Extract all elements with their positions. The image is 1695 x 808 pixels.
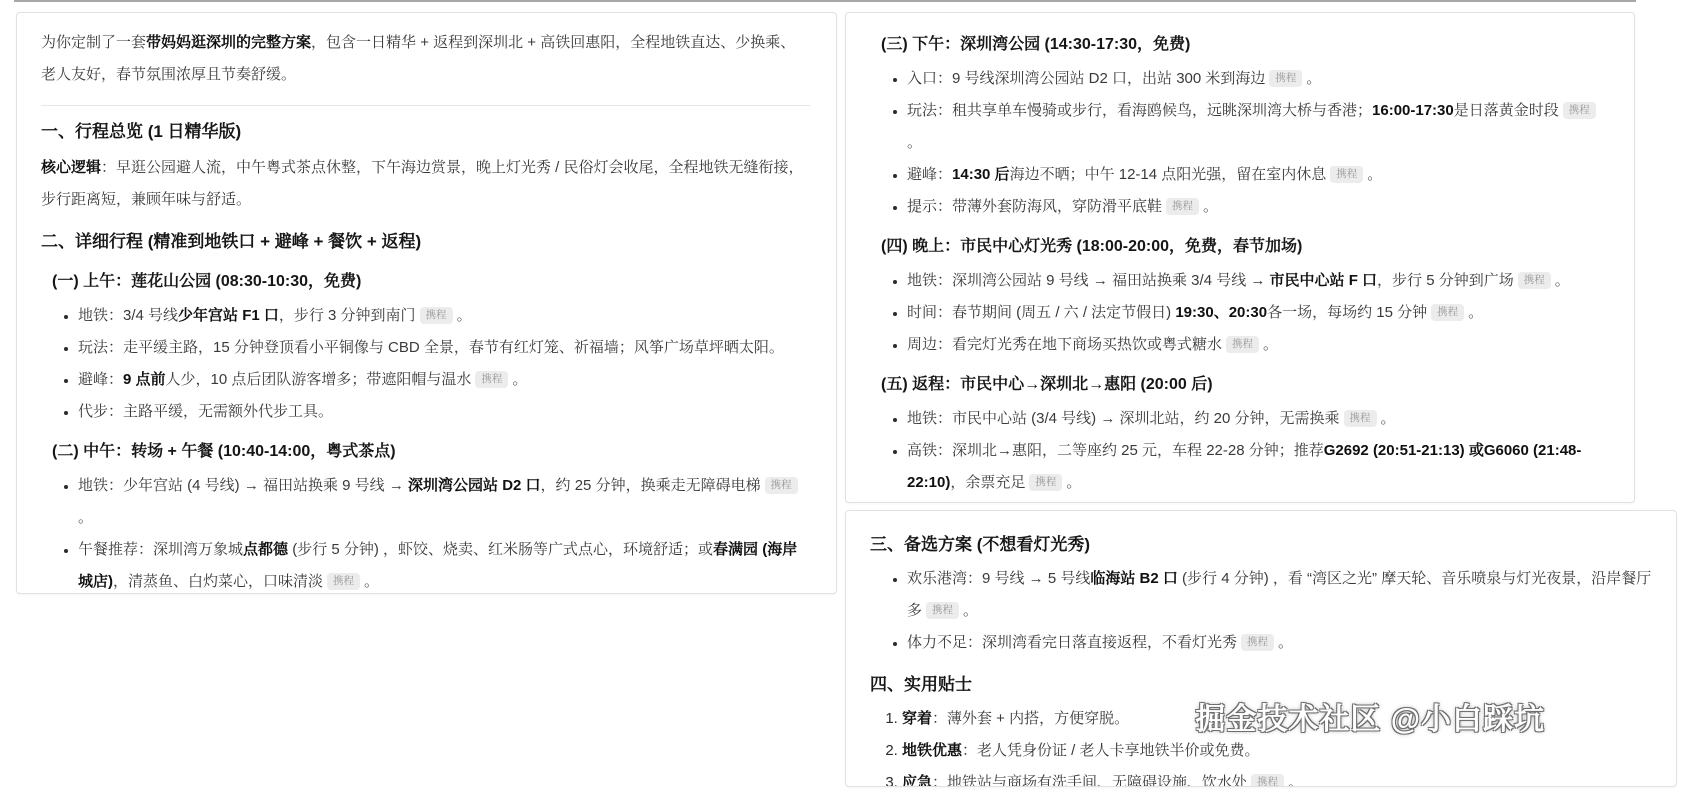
ctrip-source-badge[interactable]: 携程 xyxy=(1166,198,1199,215)
numbered-list: 穿着：薄外套 + 内搭，方便穿脱。地铁优惠：老人凭身份证 / 老人卡享地铁半价或… xyxy=(870,703,1652,787)
text-run: 为你定制了一套 xyxy=(41,34,146,51)
list-item: 地铁：深圳湾公园站 9 号线 → 福田站换乘 3/4 号线 → 市民中心站 F … xyxy=(907,265,1610,297)
text-run: ：早逛公园避人流，中午粤式茶点休整，下午海边赏景，晚上灯光秀 / 民俗灯会收尾，… xyxy=(41,159,804,208)
text-run: 。 xyxy=(1278,634,1293,651)
emphasis-text: 穿着 xyxy=(902,710,932,727)
ctrip-source-badge[interactable]: 携程 xyxy=(1269,70,1302,87)
text-run: (一) 上午：莲花山公园 (08:30-10:30，免费) xyxy=(52,273,361,290)
ctrip-source-badge[interactable]: 携程 xyxy=(1029,474,1062,491)
text-run: 地铁：深圳湾公园站 9 号线 → 福田站换乘 3/4 号线 → xyxy=(907,272,1270,289)
text-run: 地铁：少年宫站 (4 号线) → 福田站换乘 9 号线 → xyxy=(78,477,408,494)
subsection-heading: (五) 返程：市民中心→深圳北→惠阳 (20:00 后) xyxy=(870,369,1610,401)
bullet-list: 地铁：少年宫站 (4 号线) → 福田站换乘 9 号线 → 深圳湾公园站 D2 … xyxy=(41,470,810,594)
itinerary-card-alternatives-tips: 三、备选方案 (不想看灯光秀)欢乐港湾：9 号线 → 5 号线临海站 B2 口 … xyxy=(845,510,1677,787)
text-run: 是日落黄金时段 xyxy=(1454,102,1559,119)
text-run: 各一场，每场约 15 分钟 xyxy=(1267,304,1427,321)
ctrip-source-badge[interactable]: 携程 xyxy=(1226,336,1259,353)
ctrip-source-badge[interactable]: 携程 xyxy=(1431,304,1464,321)
list-item: 欢乐港湾：9 号线 → 5 号线临海站 B2 口 (步行 4 分钟) ，看 “湾… xyxy=(907,563,1652,627)
ctrip-source-badge[interactable]: 携程 xyxy=(1241,634,1274,651)
list-item: 避峰：14:30 后海边不晒；中午 12-14 点阳光强，留在室内休息携程。 xyxy=(907,159,1610,191)
text-run: 欢乐港湾：9 号线 → 5 号线 xyxy=(907,570,1090,587)
emphasis-text: 市民中心站 F 口 xyxy=(1270,272,1378,289)
bullet-list: 欢乐港湾：9 号线 → 5 号线临海站 B2 口 (步行 4 分钟) ，看 “湾… xyxy=(870,563,1652,659)
text-run: 一、行程总览 (1 日精华版) xyxy=(41,122,241,141)
section-heading: 三、备选方案 (不想看灯光秀) xyxy=(870,529,1652,561)
list-item: 应急：地铁站与商场有洗手间、无障碍设施、饮水处携程。 xyxy=(902,767,1652,787)
text-run: (步行 5 分钟) ，虾饺、烧卖、红米肠等广式点心，环境舒适；或 xyxy=(288,541,713,558)
text-run: ：地铁站与商场有洗手间、无障碍设施、饮水处 xyxy=(932,774,1247,787)
list-item: 入口：9 号线深圳湾公园站 D2 口，出站 300 米到海边携程。 xyxy=(907,63,1610,95)
text-run: 。 xyxy=(1306,70,1321,87)
list-item: 地铁：市民中心站 (3/4 号线) → 深圳北站，约 20 分钟，无需换乘携程。 xyxy=(907,403,1610,435)
ctrip-source-badge[interactable]: 携程 xyxy=(1344,410,1377,427)
paragraph: 核心逻辑：早逛公园避人流，中午粤式茶点休整，下午海边赏景，晚上灯光秀 / 民俗灯… xyxy=(41,152,810,216)
text-run: 四、实用贴士 xyxy=(870,675,972,694)
ctrip-source-badge[interactable]: 携程 xyxy=(1518,272,1551,289)
emphasis-text: 16:00-17:30 xyxy=(1372,102,1454,119)
list-item: 代步：主路平缓，无需额外代步工具。 xyxy=(78,396,810,428)
ctrip-source-badge[interactable]: 携程 xyxy=(1330,166,1363,183)
text-run: 。 xyxy=(512,371,527,388)
ctrip-source-badge[interactable]: 携程 xyxy=(475,371,508,388)
section-heading: 四、实用贴士 xyxy=(870,669,1652,701)
text-run: 海边不晒；中午 12-14 点阳光强，留在室内休息 xyxy=(1010,166,1327,183)
emphasis-text: 带妈妈逛深圳的完整方案 xyxy=(146,34,311,51)
ctrip-source-badge[interactable]: 携程 xyxy=(1563,102,1596,119)
text-run: ：薄外套 + 内搭，方便穿脱。 xyxy=(932,710,1129,727)
ctrip-source-badge[interactable]: 携程 xyxy=(327,573,360,590)
ctrip-source-badge[interactable]: 携程 xyxy=(926,602,959,619)
ctrip-source-badge[interactable]: 携程 xyxy=(1251,774,1284,787)
emphasis-text: 点都德 xyxy=(243,541,288,558)
bullet-list: 地铁：3/4 号线少年宫站 F1 口，步行 3 分钟到南门携程。玩法：走平缓主路… xyxy=(41,300,810,428)
text-run: 人少，10 点后团队游客增多；带遮阳帽与温水 xyxy=(166,371,472,388)
text-run: 避峰： xyxy=(78,371,123,388)
subsection-heading: (二) 中午：转场 + 午餐 (10:40-14:00，粤式茶点) xyxy=(41,436,810,468)
text-run: 。 xyxy=(1288,774,1303,787)
bullet-list: 地铁：市民中心站 (3/4 号线) → 深圳北站，约 20 分钟，无需换乘携程。… xyxy=(870,403,1610,503)
text-run: 。 xyxy=(963,602,978,619)
text-run: (三) 下午：深圳湾公园 (14:30-17:30，免费) xyxy=(881,36,1190,53)
screenshot-top-edge-line xyxy=(14,0,1636,2)
text-run: ，余票充足 xyxy=(950,474,1025,491)
text-run: 。 xyxy=(1263,336,1278,353)
text-run: 。 xyxy=(364,573,379,590)
emphasis-text: 14:30 后 xyxy=(952,166,1010,183)
list-item: 提示：预留30 分钟进站安检；老人凭身份证 / 老人卡享地铁半价或免费携程。 xyxy=(907,499,1610,503)
list-item: 高铁：深圳北→惠阳，二等座约 25 元，车程 22-28 分钟；推荐G2692 … xyxy=(907,435,1610,499)
text-run: 。 xyxy=(1367,166,1382,183)
text-run: 时间：春节期间 (周五 / 六 / 法定节假日) xyxy=(907,304,1175,321)
text-run: 午餐推荐：深圳湾万象城 xyxy=(78,541,243,558)
subsection-heading: (一) 上午：莲花山公园 (08:30-10:30，免费) xyxy=(41,266,810,298)
list-item: 时间：春节期间 (周五 / 六 / 法定节假日) 19:30、20:30各一场，… xyxy=(907,297,1610,329)
text-run: ，清蒸鱼、白灼菜心，口味清淡 xyxy=(113,573,323,590)
list-item: 穿着：薄外套 + 内搭，方便穿脱。 xyxy=(902,703,1652,735)
section-heading: 一、行程总览 (1 日精华版) xyxy=(41,116,810,148)
text-run: 代步：主路平缓，无需额外代步工具。 xyxy=(78,403,333,420)
text-run: 三、备选方案 (不想看灯光秀) xyxy=(870,535,1090,554)
list-item: 避峰：9 点前人少，10 点后团队游客增多；带遮阳帽与温水携程。 xyxy=(78,364,810,396)
text-run: 。 xyxy=(907,134,922,151)
list-item: 午餐推荐：深圳湾万象城点都德 (步行 5 分钟) ，虾饺、烧卖、红米肠等广式点心… xyxy=(78,534,810,594)
text-run: 周边：看完灯光秀在地下商场买热饮或粤式糖水 xyxy=(907,336,1222,353)
text-run: 。 xyxy=(1381,410,1396,427)
emphasis-text: 深圳湾公园站 D2 口 xyxy=(408,477,541,494)
text-run: 。 xyxy=(1203,198,1218,215)
text-run: 玩法：租共享单车慢骑或步行，看海鸥候鸟，远眺深圳湾大桥与香港； xyxy=(907,102,1372,119)
bullet-list: 地铁：深圳湾公园站 9 号线 → 福田站换乘 3/4 号线 → 市民中心站 F … xyxy=(870,265,1610,361)
text-run: 。 xyxy=(78,509,93,526)
emphasis-text: 19:30、20:30 xyxy=(1175,304,1267,321)
text-run: 入口：9 号线深圳湾公园站 D2 口，出站 300 米到海边 xyxy=(907,70,1265,87)
emphasis-text: 少年宫站 F1 口 xyxy=(178,307,279,324)
text-run: 。 xyxy=(457,307,472,324)
text-run: (二) 中午：转场 + 午餐 (10:40-14:00，粤式茶点) xyxy=(52,443,396,460)
text-run: 地铁：3/4 号线 xyxy=(78,307,178,324)
list-item: 提示：带薄外套防海风，穿防滑平底鞋携程。 xyxy=(907,191,1610,223)
text-run: 玩法：走平缓主路，15 分钟登顶看小平铜像与 CBD 全景，春节有红灯笼、祈福墙… xyxy=(78,339,784,356)
text-run: 二、详细行程 (精准到地铁口 + 避峰 + 餐饮 + 返程) xyxy=(41,232,421,251)
list-item: 地铁：少年宫站 (4 号线) → 福田站换乘 9 号线 → 深圳湾公园站 D2 … xyxy=(78,470,810,534)
itinerary-card-main: 为你定制了一套带妈妈逛深圳的完整方案，包含一日精华 + 返程到深圳北 + 高铁回… xyxy=(16,12,837,594)
itinerary-card-afternoon-evening: (三) 下午：深圳湾公园 (14:30-17:30，免费)入口：9 号线深圳湾公… xyxy=(845,12,1635,503)
emphasis-text: 地铁优惠 xyxy=(902,742,962,759)
emphasis-text: 9 点前 xyxy=(123,371,166,388)
text-run: 。 xyxy=(1468,304,1483,321)
bullet-list: 入口：9 号线深圳湾公园站 D2 口，出站 300 米到海边携程。玩法：租共享单… xyxy=(870,63,1610,223)
text-run: 避峰： xyxy=(907,166,952,183)
list-item: 地铁优惠：老人凭身份证 / 老人卡享地铁半价或免费。 xyxy=(902,735,1652,767)
section-heading: 二、详细行程 (精准到地铁口 + 避峰 + 餐饮 + 返程) xyxy=(41,226,810,258)
ctrip-source-badge[interactable]: 携程 xyxy=(420,307,453,324)
text-run: 体力不足：深圳湾看完日落直接返程，不看灯光秀 xyxy=(907,634,1237,651)
ctrip-source-badge[interactable]: 携程 xyxy=(765,477,798,494)
subsection-heading: (四) 晚上：市民中心灯光秀 (18:00-20:00，免费，春节加场) xyxy=(870,231,1610,263)
list-item: 周边：看完灯光秀在地下商场买热饮或粤式糖水携程。 xyxy=(907,329,1610,361)
emphasis-text: 核心逻辑 xyxy=(41,159,101,176)
text-run: 提示：带薄外套防海风，穿防滑平底鞋 xyxy=(907,198,1162,215)
text-run: ，约 25 分钟，换乘走无障碍电梯 xyxy=(541,477,761,494)
list-item: 玩法：走平缓主路，15 分钟登顶看小平铜像与 CBD 全景，春节有红灯笼、祈福墙… xyxy=(78,332,810,364)
list-item: 地铁：3/4 号线少年宫站 F1 口，步行 3 分钟到南门携程。 xyxy=(78,300,810,332)
divider xyxy=(41,105,810,106)
text-run: 地铁：市民中心站 (3/4 号线) → 深圳北站，约 20 分钟，无需换乘 xyxy=(907,410,1340,427)
paragraph: 为你定制了一套带妈妈逛深圳的完整方案，包含一日精华 + 返程到深圳北 + 高铁回… xyxy=(41,27,810,91)
text-run: (四) 晚上：市民中心灯光秀 (18:00-20:00，免费，春节加场) xyxy=(881,238,1302,255)
list-item: 玩法：租共享单车慢骑或步行，看海鸥候鸟，远眺深圳湾大桥与香港；16:00-17:… xyxy=(907,95,1610,159)
text-run: (五) 返程：市民中心→深圳北→惠阳 (20:00 后) xyxy=(881,376,1213,393)
text-run: ，步行 3 分钟到南门 xyxy=(279,307,416,324)
list-item: 体力不足：深圳湾看完日落直接返程，不看灯光秀携程。 xyxy=(907,627,1652,659)
subsection-heading: (三) 下午：深圳湾公园 (14:30-17:30，免费) xyxy=(870,29,1610,61)
emphasis-text: 应急 xyxy=(902,774,932,787)
text-run: 。 xyxy=(1066,474,1081,491)
text-run: 。 xyxy=(1555,272,1570,289)
text-run: ：老人凭身份证 / 老人卡享地铁半价或免费。 xyxy=(962,742,1260,759)
emphasis-text: 临海站 B2 口 xyxy=(1090,570,1178,587)
text-run: ，步行 5 分钟到广场 xyxy=(1377,272,1514,289)
text-run: 高铁：深圳北→惠阳，二等座约 25 元，车程 22-28 分钟；推荐 xyxy=(907,442,1324,459)
